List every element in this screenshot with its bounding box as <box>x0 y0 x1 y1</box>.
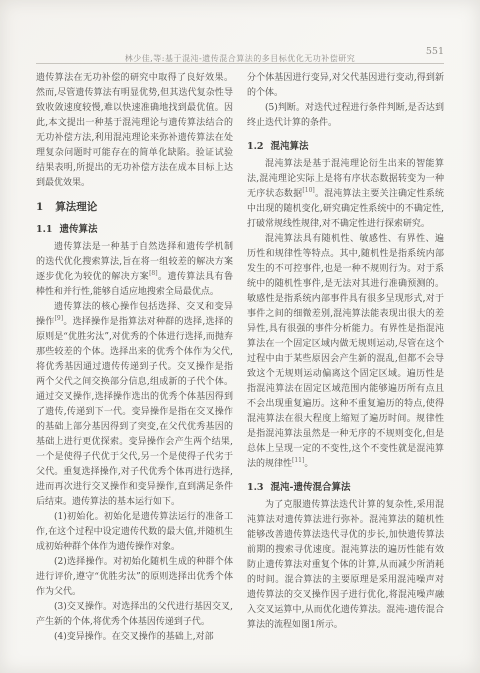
paragraph: 为了克服遗传算法迭代计算的复杂性,采用混沌算法对遗传算法进行弥补。混沌算法的随机… <box>247 498 444 633</box>
paragraph: (2)选择操作。对初始化随机生成的种群个体进行评价,遵守“优胜劣汰”的原则选择出… <box>36 555 233 600</box>
heading-number: 1.3 <box>247 482 264 493</box>
heading-title: 混沌-遗传混合算法 <box>271 482 351 493</box>
heading-title: 遗传算法 <box>60 224 98 235</box>
paragraph: 混沌算法具有随机性、敏感性、有界性、遍历性和规律性等特点。其中,随机性是指系统内… <box>247 232 444 472</box>
page-header: 林少佳,等:基于混沌-遗传混合算法的多目标优化无功补偿研究 551 <box>36 46 444 60</box>
citation-ref: [8] <box>149 270 158 277</box>
subsection-heading: 1.3混沌-遗传混合算法 <box>247 479 444 493</box>
heading-title: 混沌算法 <box>271 141 309 152</box>
paragraph: 混沌算法是基于混沌理论衍生出来的智能算法,混沌理论实际上是将有序状态数据转变为一… <box>247 157 444 232</box>
page-number: 551 <box>426 46 444 57</box>
paragraph: (5)判断。对迭代过程进行条件判断,是否达到终止迭代计算的条件。 <box>247 101 444 131</box>
subsection-heading: 1.1遗传算法 <box>36 221 233 235</box>
paragraph: 遗传算法是一种基于自然选择和遗传学机制的迭代优化搜索算法,旨在将一组较差的解决方… <box>36 240 233 300</box>
section-heading: 1算法理论 <box>36 199 233 214</box>
citation-ref: [9] <box>55 315 64 322</box>
left-column: 遗传算法在无功补偿的研究中取得了良好效果。然而,尽管遗传算法有明显优势,但其迭代… <box>36 71 233 653</box>
paragraph: 遗传算法的核心操作包括选择、交叉和变异操作[9]。选择操作是指算法对种群的选择,… <box>36 300 233 510</box>
heading-number: 1.1 <box>36 224 53 235</box>
body-columns: 遗传算法在无功补偿的研究中取得了良好效果。然而,尽管遗传算法有明显优势,但其迭代… <box>36 71 444 653</box>
citation-ref: [11] <box>292 457 304 464</box>
paragraph: (1)初始化。初始化是遗传算法运行的准备工作,在这个过程中设定遗传代数的最大值,… <box>36 510 233 555</box>
paragraph: 遗传算法在无功补偿的研究中取得了良好效果。然而,尽管遗传算法有明显优势,但其迭代… <box>36 71 233 191</box>
subsection-heading: 1.2混沌算法 <box>247 138 444 152</box>
paragraph: (4)变异操作。在交叉操作的基础上,对部 <box>36 630 233 645</box>
heading-number: 1 <box>36 201 43 213</box>
heading-number: 1.2 <box>247 141 264 152</box>
paragraph: 分个体基因进行变异,对父代基因进行变动,得到新的个体。 <box>247 71 444 101</box>
paper-page: 林少佳,等:基于混沌-遗传混合算法的多目标优化无功补偿研究 551 遗传算法在无… <box>0 0 480 673</box>
paragraph: (3)交叉操作。对选择出的父代进行基因交叉,产生新的个体,将优秀个体基因传递到子… <box>36 600 233 630</box>
header-rule <box>36 63 444 64</box>
heading-title: 算法理论 <box>55 201 97 213</box>
citation-ref: [10] <box>302 187 314 194</box>
right-column: 分个体基因进行变异,对父代基因进行变动,得到新的个体。(5)判断。对迭代过程进行… <box>247 71 444 653</box>
